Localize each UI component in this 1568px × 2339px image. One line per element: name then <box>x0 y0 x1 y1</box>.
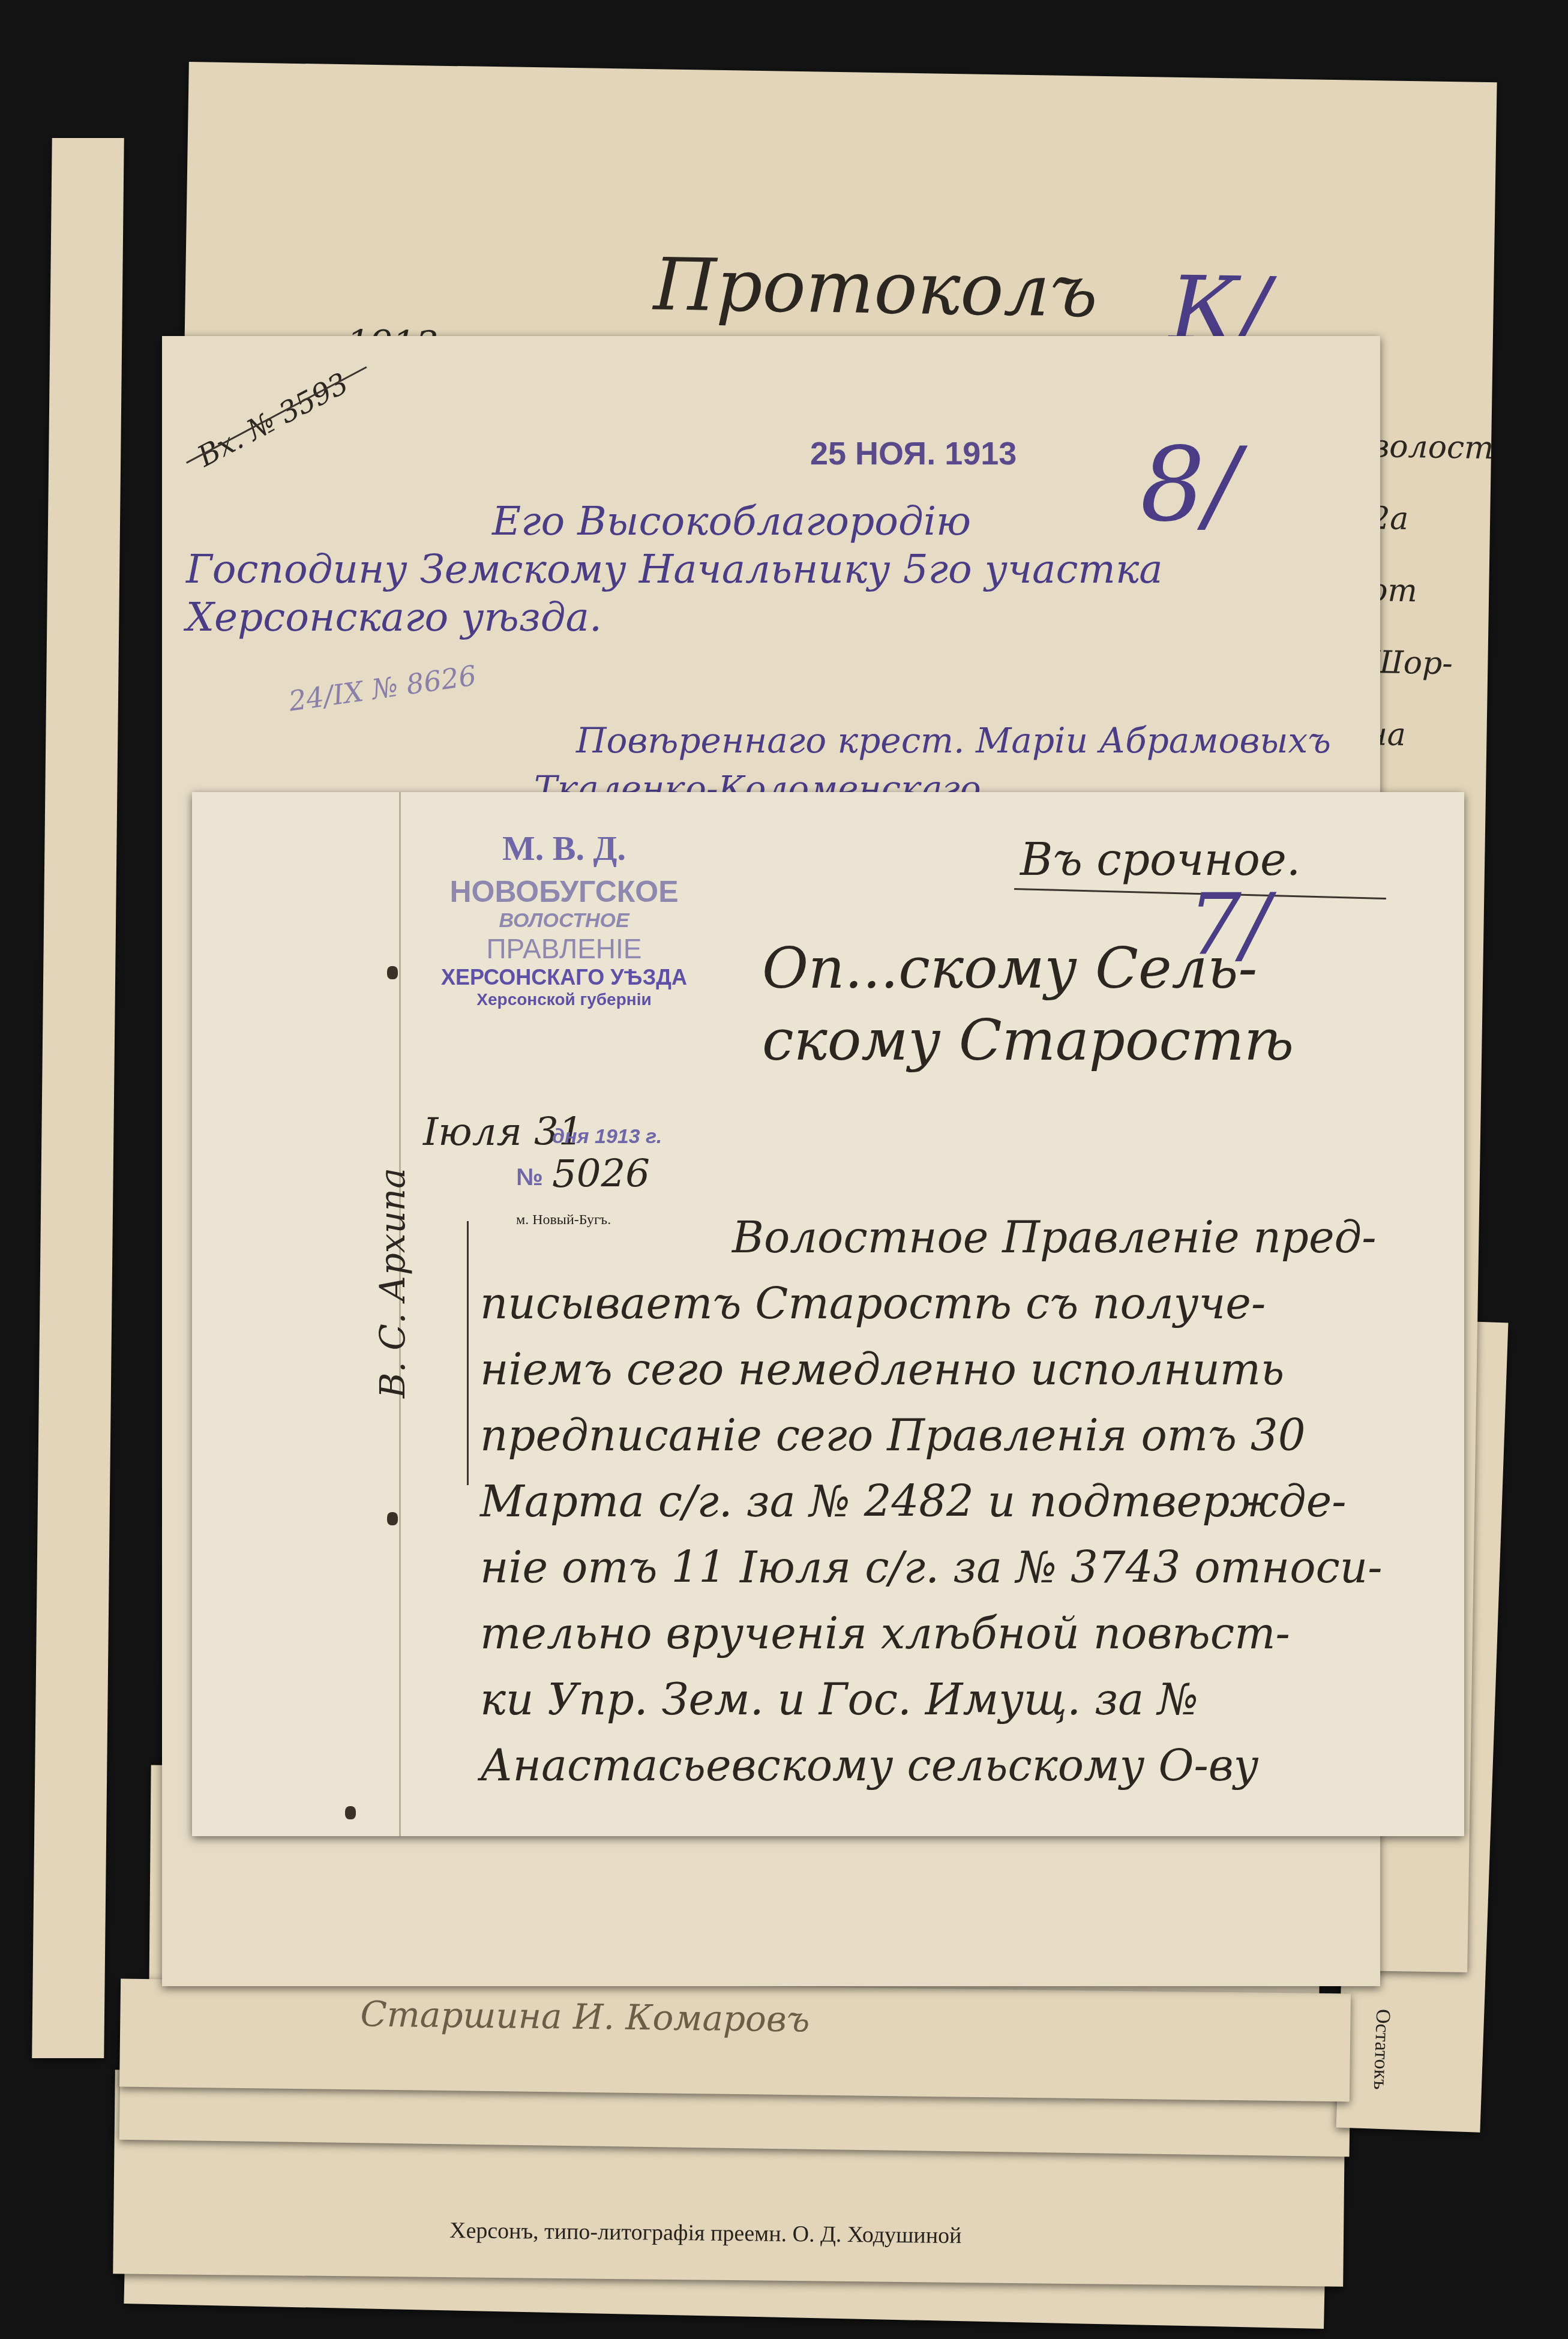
order-number-value: 5026 <box>552 1152 650 1197</box>
order-body-line: писываетъ Старостѣ съ получе- <box>480 1278 1452 1344</box>
printer-imprint: Херсонъ, типо-литографія преемн. О. Д. Х… <box>449 2217 962 2249</box>
margin-signature: В. С. Архипа <box>372 1168 413 1398</box>
binding-hole <box>387 966 398 979</box>
petition-body-line-1: Повѣреннаго крест. Маріи Абрамовыхъ <box>576 720 1331 761</box>
address-line-1: Его Высокоблагородію <box>492 498 971 544</box>
order-body-line: ки Упр. Зем. и Гос. Имущ. за № <box>480 1674 1452 1740</box>
incoming-number: Вх. № 3593 <box>192 367 354 474</box>
binding-hole <box>387 1512 398 1525</box>
pencil-registry-note: 24/IX № 8626 <box>287 659 478 717</box>
order-body-line: Анастасьевскому сельскому О-ву <box>480 1740 1452 1806</box>
stamp-mvd: М. В. Д. <box>432 828 696 868</box>
protocol-title: Протоколъ <box>653 243 1098 334</box>
petition-violet-mark: 8/ <box>1140 426 1239 545</box>
order-body-line: Волостное Правленіе пред- <box>480 1212 1452 1278</box>
stamp-uezd: ХЕРСОНСКАГО УѢЗДА <box>432 965 696 990</box>
margin-word: на <box>1366 716 1487 754</box>
incoming-number-underline <box>186 366 367 463</box>
order-body-line: тельно врученія хлѣбной повѣст- <box>480 1608 1452 1674</box>
margin-word: 2а <box>1370 500 1491 538</box>
stamp-pravlenie: ПРАВЛЕНІЕ <box>432 932 696 965</box>
order-sheet: М. В. Д. НОВОБУГСКОЕ ВОЛОСТНОЕ ПРАВЛЕНІЕ… <box>192 792 1464 1836</box>
order-number-label: № <box>516 1164 543 1191</box>
address-line-2: Господину Земскому Начальнику 5го участк… <box>186 546 1163 592</box>
side-form-label-balance: Остатокъ <box>1369 2008 1395 2090</box>
volost-stamp: М. В. Д. НОВОБУГСКОЕ ВОЛОСТНОЕ ПРАВЛЕНІЕ… <box>432 828 696 1009</box>
date-received-stamp: 25 НОЯ. 1913 <box>810 435 1017 472</box>
starshina-signature: Старшина И. Комаровъ <box>360 1993 810 2040</box>
binding-hole <box>345 1806 356 1819</box>
signature-sheet: Старшина И. Комаровъ <box>119 1978 1351 2101</box>
stamp-volostnoe: ВОЛОСТНОЕ <box>432 909 696 932</box>
margin-word: Шор- <box>1368 644 1488 682</box>
order-body-line: ніе отъ 11 Іюля с/г. за № 3743 относи- <box>480 1542 1452 1608</box>
order-body-line: ніемъ сего немедленно исполнить <box>480 1344 1452 1410</box>
protocol-right-margin-text: волост 2а от Шор- на под <box>1365 428 1491 826</box>
signature-underline <box>467 1221 469 1485</box>
addressee-line-2: скому Старостѣ <box>762 1008 1294 1073</box>
order-date-suffix: дня 1913 г. <box>552 1125 662 1148</box>
order-body: Волостное Правленіе пред- писываетъ Стар… <box>480 1212 1452 1806</box>
margin-word: волост <box>1371 428 1492 466</box>
order-body-line: Марта с/г. за № 2482 и подтвержде- <box>480 1476 1452 1542</box>
order-body-line: предписаніе сего Правленія отъ 30 <box>480 1410 1452 1476</box>
left-paper-strip <box>32 138 124 2058</box>
address-line-3: Херсонскаго уѣзда. <box>186 594 602 640</box>
stamp-novobugskoe: НОВОБУГСКОЕ <box>432 874 696 909</box>
margin-word: от <box>1369 572 1489 610</box>
addressee-line-1: Оп...скому Сель- <box>762 936 1257 1001</box>
stamp-guberniya: Херсонской губерніи <box>432 990 696 1009</box>
